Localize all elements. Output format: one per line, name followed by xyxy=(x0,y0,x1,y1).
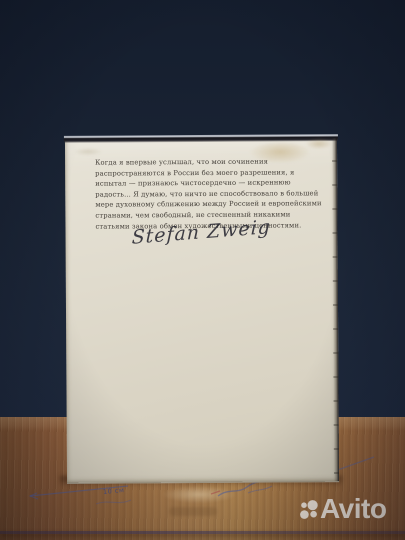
cover-stain xyxy=(73,148,103,156)
avito-watermark-text: Avito xyxy=(320,491,386,527)
table-edge-line xyxy=(0,531,405,534)
book-back-cover: Когда я впервые услышал, что мои сочинен… xyxy=(65,136,339,484)
quote-line: странами, чем свободный, не стесненный н… xyxy=(95,209,317,221)
avito-logo-icon xyxy=(299,499,320,521)
product-photo: 10 см Когда я впервые услышал, что мои с… xyxy=(0,0,405,540)
cover-stain xyxy=(305,138,333,149)
book-top-edge xyxy=(64,134,338,143)
book-page-edge xyxy=(332,138,339,481)
table-faded-stamp xyxy=(169,507,217,516)
table-smudge xyxy=(162,486,236,503)
avito-watermark: Avito xyxy=(297,495,405,531)
